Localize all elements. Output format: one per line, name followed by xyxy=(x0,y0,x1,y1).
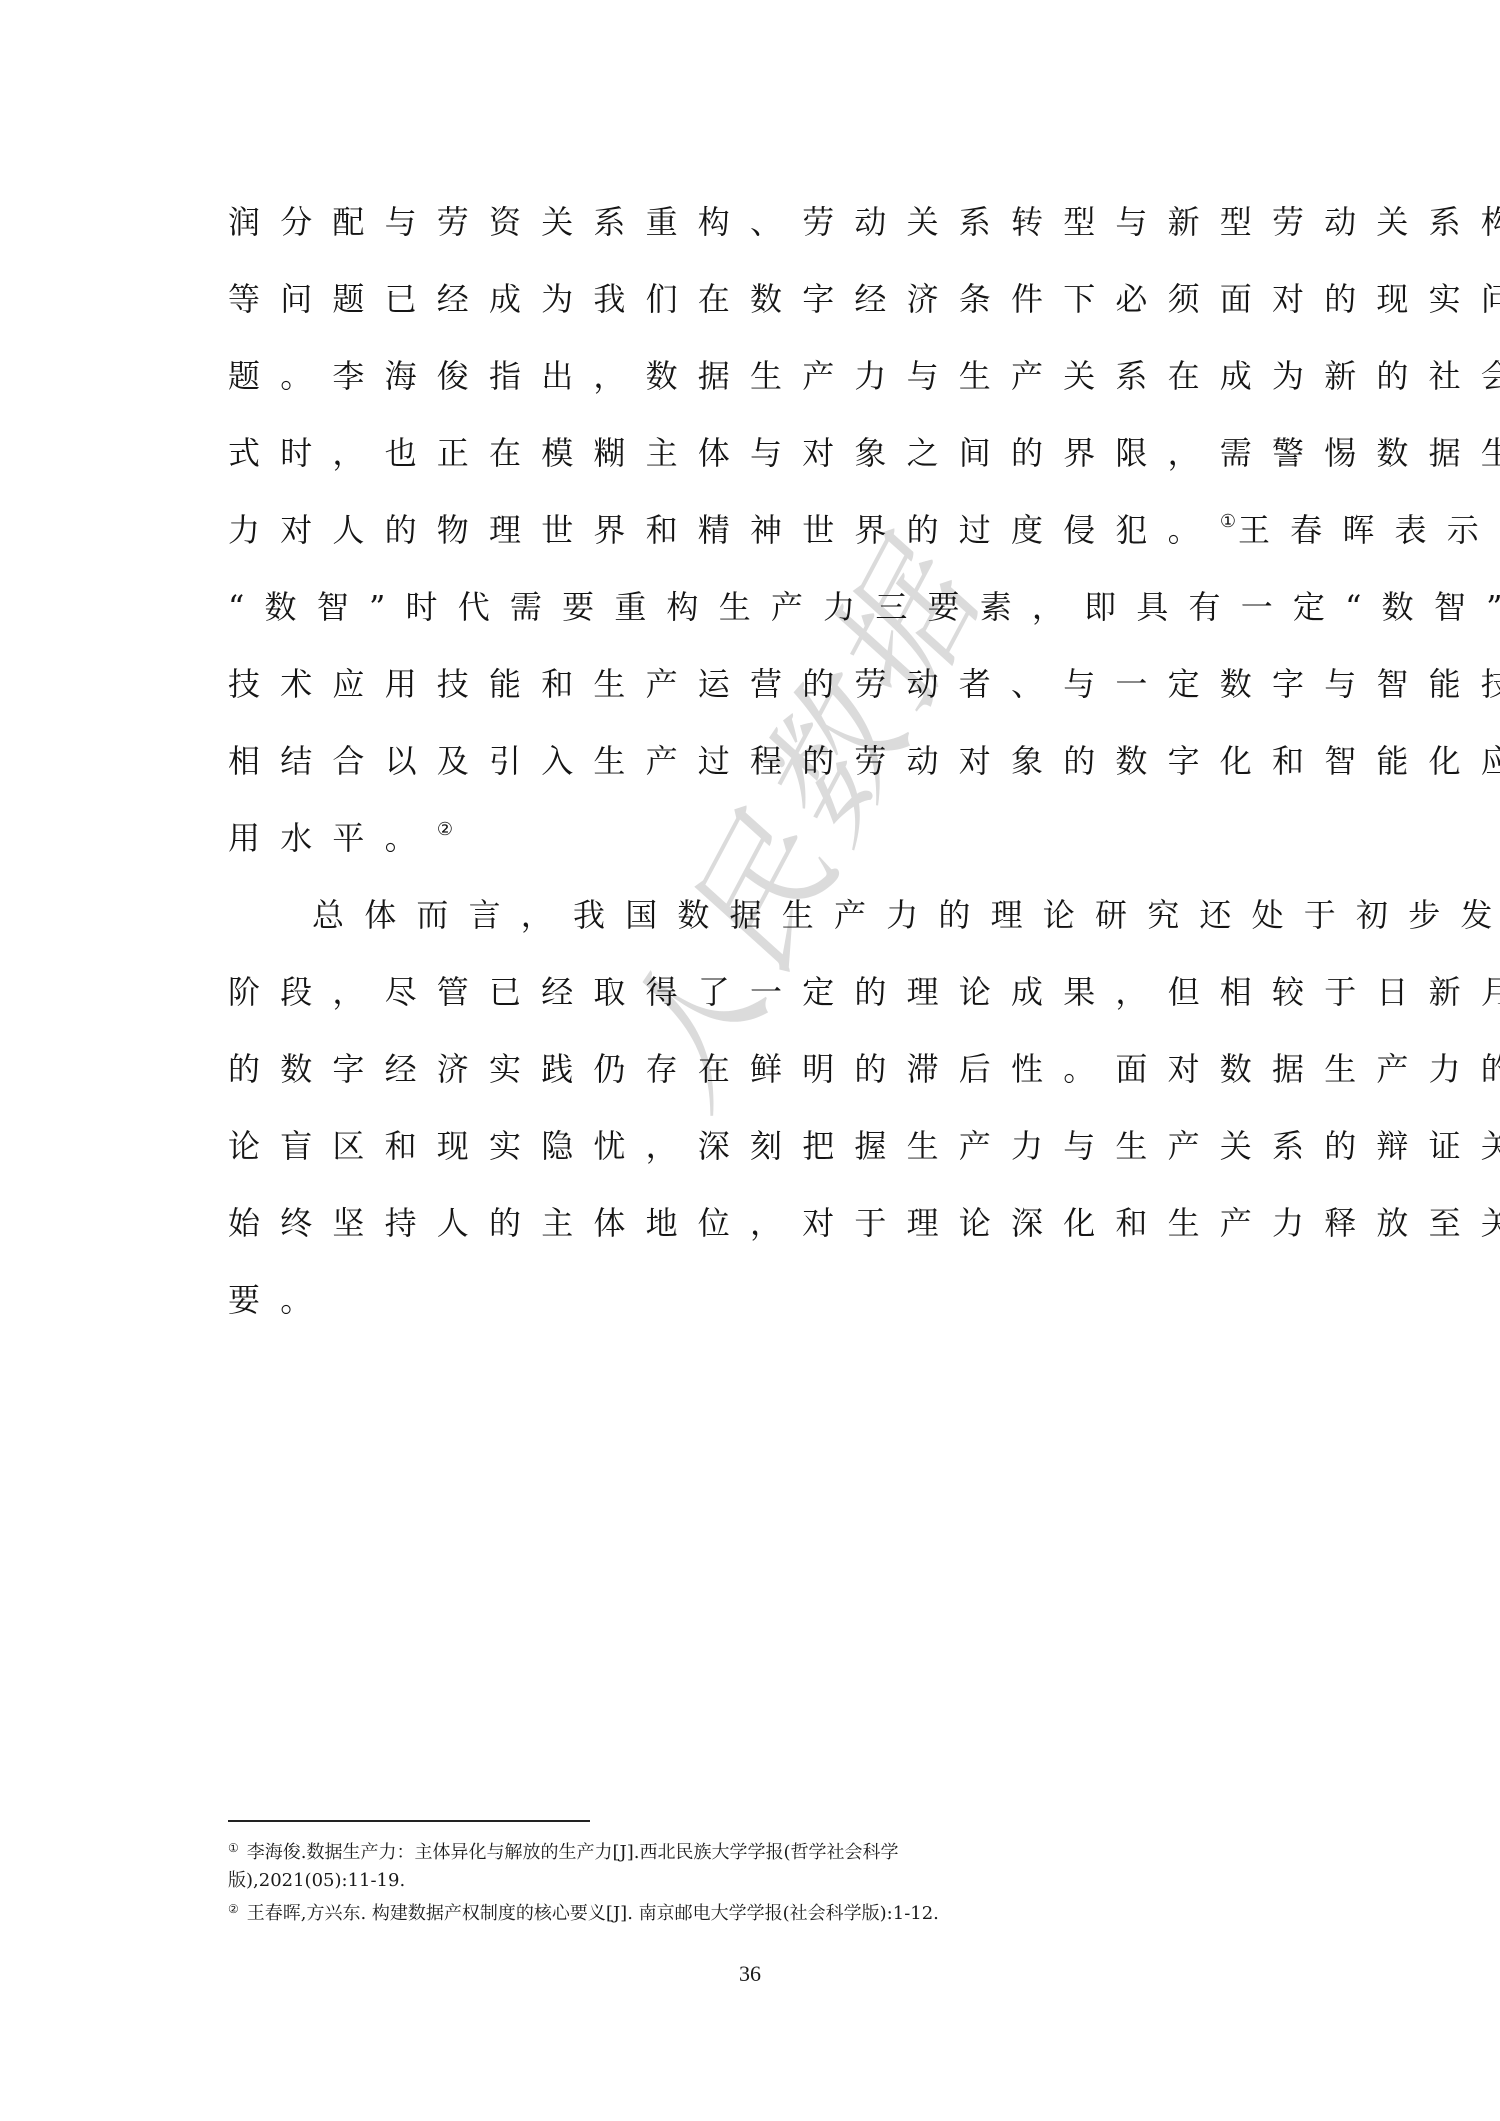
body-text: 润分配与劳资关系重构、劳动关系转型与新型劳动关系构建 等问题已经成为我们在数字经… xyxy=(228,196,1288,1351)
paragraph-start-line: 总体而言，我国数据生产力的理论研究还处于初步发展 xyxy=(228,889,1288,966)
body-line: 题。李海俊指出，数据生产力与生产关系在成为新的社会形 xyxy=(228,350,1288,427)
footnote-mark: ① xyxy=(228,1841,239,1855)
line-text: 用水平。 xyxy=(228,819,437,857)
body-line: 力对人的物理世界和精神世界的过度侵犯。①王春晖表示， xyxy=(228,504,1288,581)
body-line: 论盲区和现实隐忧，深刻把握生产力与生产关系的辩证关系、 xyxy=(228,1120,1288,1197)
footnote-divider xyxy=(228,1820,590,1822)
footnote-mark: ② xyxy=(228,1902,239,1916)
footnote-text: 王春晖,方兴东. 构建数据产权制度的核心要义[J]. 南京邮电大学学报(社会科学… xyxy=(247,1903,939,1924)
body-line: 阶段，尽管已经取得了一定的理论成果，但相较于日新月异 xyxy=(228,966,1288,1043)
page-number: 36 xyxy=(0,1961,1500,1987)
footnotes: ①李海俊.数据生产力：主体异化与解放的生产力[J].西北民族大学学报(哲学社会科… xyxy=(228,1834,1288,1928)
body-line: 相结合以及引入生产过程的劳动对象的数字化和智能化应 xyxy=(228,735,1288,812)
body-line: 的数字经济实践仍存在鲜明的滞后性。面对数据生产力的理 xyxy=(228,1043,1288,1120)
line-text: 力对人的物理世界和精神世界的过度侵犯。 xyxy=(228,511,1220,549)
document-page: 人民数据 润分配与劳资关系重构、劳动关系转型与新型劳动关系构建 等问题已经成为我… xyxy=(0,0,1500,2121)
footnote-2: ②王春晖,方兴东. 构建数据产权制度的核心要义[J]. 南京邮电大学学报(社会科… xyxy=(228,1895,1288,1928)
footnote-ref-1[interactable]: ① xyxy=(1220,511,1236,532)
footnote-ref-2[interactable]: ② xyxy=(437,819,453,840)
body-line: 技术应用技能和生产运营的劳动者、与一定数字与智能技术 xyxy=(228,658,1288,735)
body-line: 润分配与劳资关系重构、劳动关系转型与新型劳动关系构建 xyxy=(228,196,1288,273)
line-text: 王春晖表示， xyxy=(1238,511,1500,549)
body-line: 始终坚持人的主体地位，对于理论深化和生产力释放至关重 xyxy=(228,1197,1288,1274)
footnote-1: ①李海俊.数据生产力：主体异化与解放的生产力[J].西北民族大学学报(哲学社会科… xyxy=(228,1834,1288,1867)
body-line: “数智”时代需要重构生产力三要素，即具有一定“数智” xyxy=(228,581,1288,658)
body-line: 式时，也正在模糊主体与对象之间的界限，需警惕数据生产 xyxy=(228,427,1288,504)
body-line: 要。 xyxy=(228,1274,1288,1351)
footnote-text: 李海俊.数据生产力：主体异化与解放的生产力[J].西北民族大学学报(哲学社会科学 xyxy=(247,1842,899,1863)
body-line: 等问题已经成为我们在数字经济条件下必须面对的现实问 xyxy=(228,273,1288,350)
body-line: 用水平。② xyxy=(228,812,1288,889)
footnote-1-continued: 版),2021(05):11-19. xyxy=(228,1867,1288,1895)
